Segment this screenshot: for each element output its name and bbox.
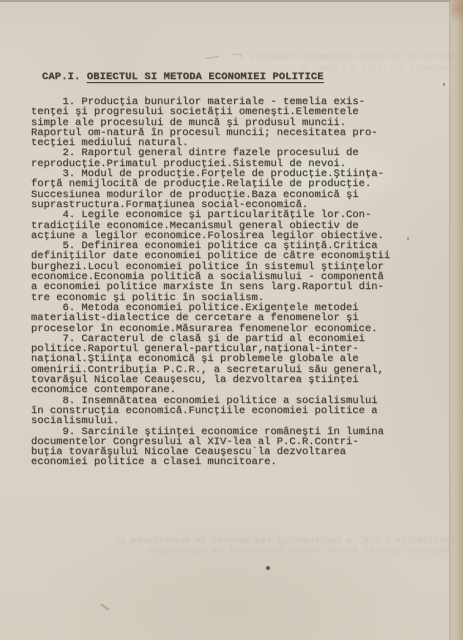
bleedthrough-text: Raportul general dintre fazele procesulu… (150, 546, 450, 556)
ink-speck (443, 83, 445, 86)
paragraph-4: 4. Legile economice şi particularităţile… (31, 210, 435, 241)
paragraph-3: 3. Modul de producţie.Forţele de producţ… (31, 169, 435, 210)
ink-speck (407, 237, 409, 240)
scratch-mark (100, 603, 109, 610)
scan-top-edge (0, 0, 463, 2)
paragraph-1: 1. Producţia bunurilor materiale - temel… (31, 97, 435, 148)
pencil-mark (232, 54, 242, 56)
paragraph-8: 8. Insemnătatea economiei politice a soc… (31, 396, 435, 427)
paragraph-9: 9. Sarcinile ştiinţei economice româneşt… (31, 427, 435, 468)
chapter-title: CAP.I. OBIECTUL SI METODA ECONOMIEI POLI… (42, 71, 435, 83)
corner-smudge (451, 0, 463, 28)
paragraph-6: 6. Metoda economiei politice.Exigenţele … (31, 303, 435, 334)
chapter-title-text: OBIECTUL SI METODA ECONOMIEI POLITICE (87, 71, 324, 83)
paragraph-5: 5. Definirea economiei politice ca ştiin… (31, 241, 435, 303)
scanned-document-page: { "document": { "title": { "prefix": "CA… (0, 0, 463, 640)
ink-speck (266, 566, 270, 570)
paragraph-2: 2. Raportul general dintre fazele proces… (31, 148, 435, 169)
bleedthrough-text: Contribuţia P.C.R. a secretarului său ge… (115, 536, 455, 546)
pencil-mark (205, 56, 219, 59)
scan-right-edge (449, 0, 463, 640)
typewritten-text-block: CAP.I. OBIECTUL SI METODA ECONOMIEI POLI… (31, 71, 435, 468)
chapter-number: CAP.I. (42, 71, 87, 83)
bleedthrough-text: Sarcinile ştiinţei economice româneşti î… (240, 52, 455, 62)
paragraph-7: 7. Caracterul de clasă şi de partid al e… (31, 334, 435, 396)
